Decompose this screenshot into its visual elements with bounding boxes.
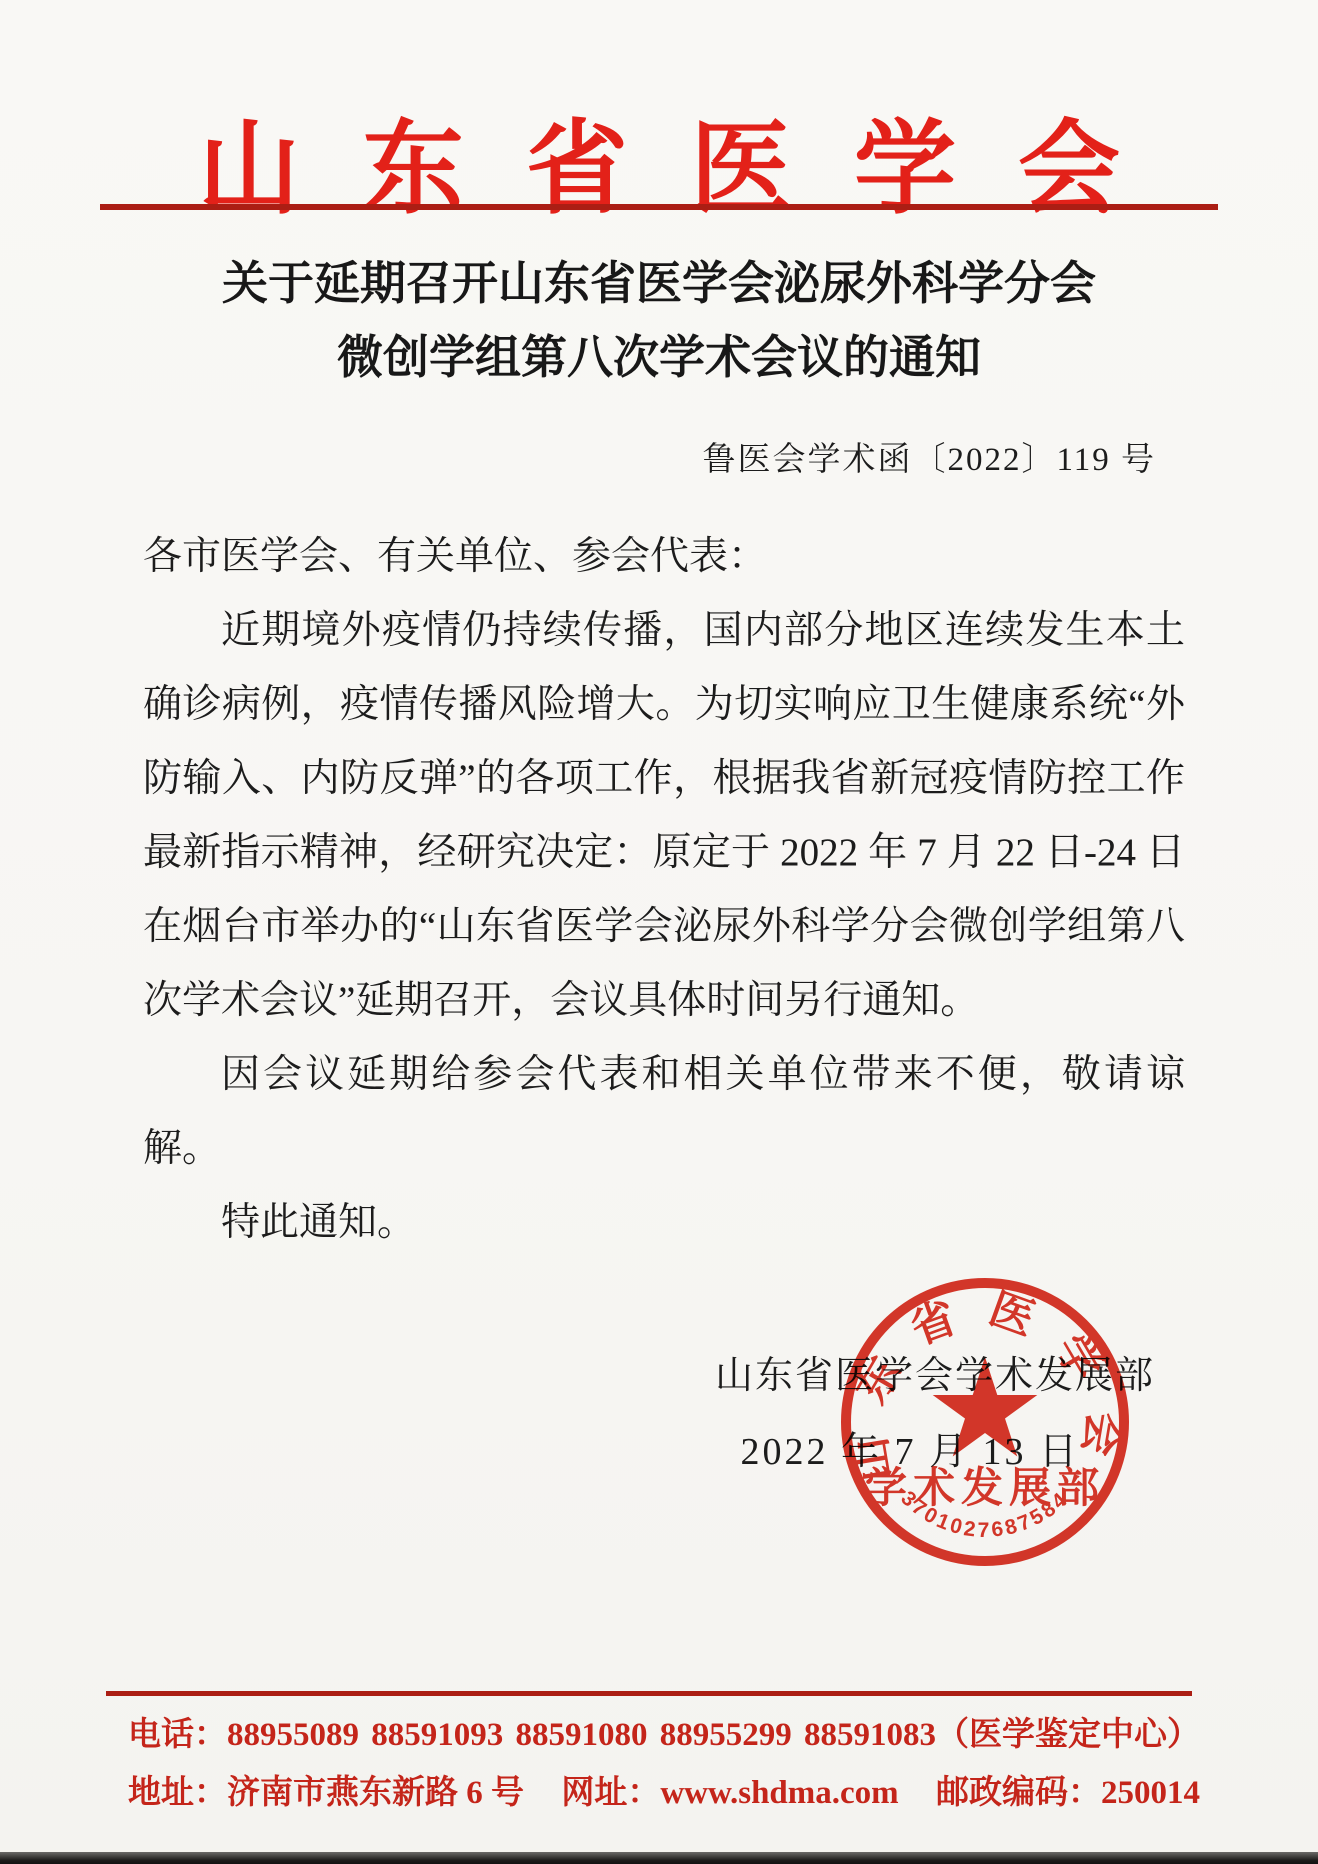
notice-title: 关于延期召开山东省医学会泌尿外科学分会 微创学组第八次学术会议的通知 bbox=[60, 246, 1258, 394]
official-seal: 山东省医学会 学术发展部 3701027687584 bbox=[835, 1272, 1135, 1572]
website-value: www.shdma.com bbox=[660, 1775, 898, 1811]
body-paragraph-1: 近期境外疫情仍持续传播，国内部分地区连续发生本土确诊病例，疫情传播风险增大。为切… bbox=[143, 594, 1185, 1038]
phone-number: 88591093 bbox=[371, 1717, 503, 1754]
body-paragraph-3: 特此通知。 bbox=[143, 1186, 1185, 1260]
phone-number: 88591083（医学鉴定中心） bbox=[804, 1708, 1200, 1755]
address-value: 济南市燕东新路 6 号 bbox=[227, 1775, 524, 1811]
salutation: 各市医学会、有关单位、参会代表： bbox=[143, 520, 1185, 594]
scan-edge-strip bbox=[0, 1852, 1318, 1864]
address-label: 地址： bbox=[128, 1775, 227, 1811]
footer-website: 网址：www.shdma.com bbox=[561, 1766, 898, 1813]
footer-address-row: 地址：济南市燕东新路 6 号 网址：www.shdma.com 邮政编码：250… bbox=[128, 1766, 1200, 1813]
document-reference-number: 鲁医会学术函〔2022〕119 号 bbox=[702, 433, 1156, 480]
footer-phone-primary: 电话：88955089 bbox=[128, 1708, 359, 1755]
footer-address: 地址：济南市燕东新路 6 号 bbox=[128, 1766, 524, 1813]
footer-divider bbox=[106, 1691, 1192, 1696]
phone-number: 88955089 bbox=[227, 1717, 359, 1753]
letter-body: 各市医学会、有关单位、参会代表： 近期境外疫情仍持续传播，国内部分地区连续发生本… bbox=[143, 520, 1185, 1260]
letterhead-divider bbox=[100, 204, 1218, 210]
body-paragraph-2: 因会议延期给参会代表和相关单位带来不便，敬请谅解。 bbox=[143, 1038, 1185, 1186]
notice-title-line1: 关于延期召开山东省医学会泌尿外科学分会 bbox=[60, 246, 1258, 320]
phone-label: 电话： bbox=[128, 1717, 227, 1753]
scanned-letter-page: 山东省医学会 关于延期召开山东省医学会泌尿外科学分会 微创学组第八次学术会议的通… bbox=[0, 0, 1318, 1864]
footer-postcode: 邮政编码：250014 bbox=[936, 1766, 1200, 1813]
postcode-value: 250014 bbox=[1101, 1775, 1200, 1811]
notice-title-line2: 微创学组第八次学术会议的通知 bbox=[60, 320, 1258, 394]
phone-number: 88955299 bbox=[660, 1717, 792, 1754]
star-icon bbox=[933, 1357, 1038, 1457]
website-label: 网址： bbox=[561, 1775, 660, 1811]
postcode-label: 邮政编码： bbox=[936, 1775, 1101, 1811]
phone-number: 88591080 bbox=[516, 1717, 648, 1754]
letterhead-org-name: 山东省医学会 bbox=[0, 88, 1318, 234]
footer-phone-row: 电话：88955089 88591093 88591080 88955299 8… bbox=[128, 1708, 1200, 1755]
